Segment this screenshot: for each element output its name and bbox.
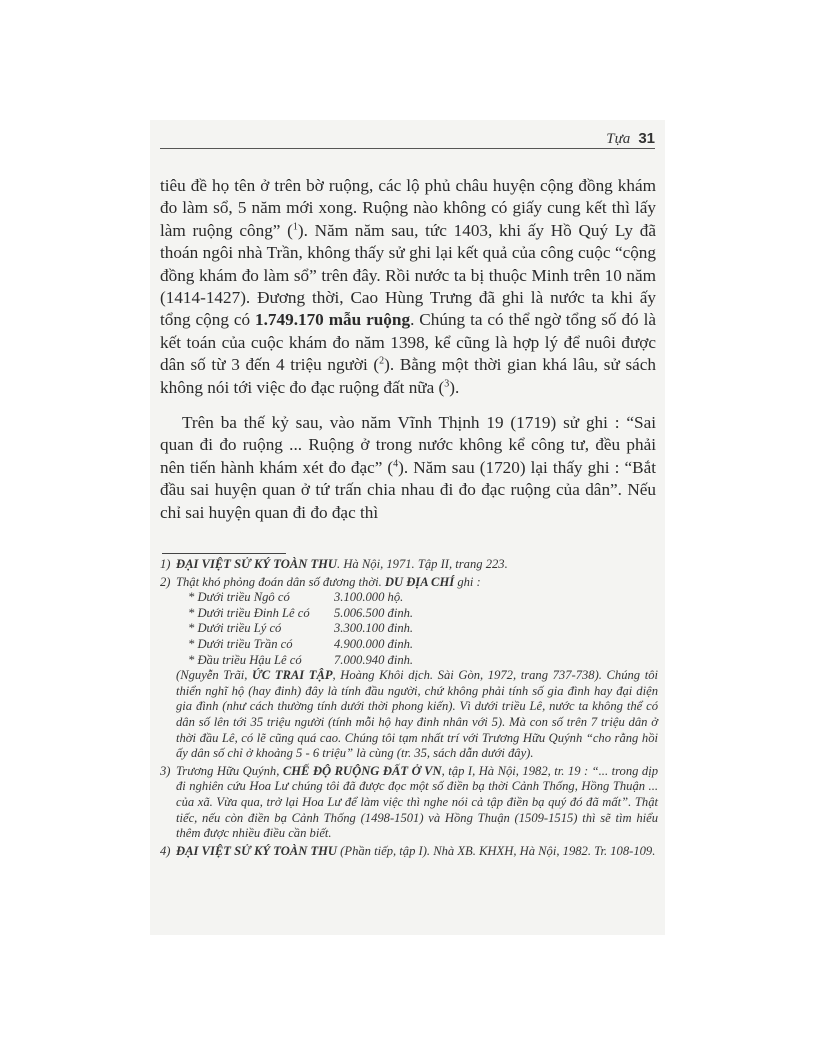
text-run: ). [449, 378, 459, 397]
footnote-2-source: (Nguyễn Trãi, ỨC TRAI TẬP, Hoàng Khôi dị… [176, 668, 658, 762]
list-item: * Dưới triều Trần có4.900.000 đinh. [188, 637, 658, 653]
population-value: 3.300.100 đinh. [334, 621, 413, 637]
footnote-1: 1)ĐẠI VIỆT SỬ KÝ TOÀN THU. Hà Nội, 1971.… [160, 557, 658, 573]
text-run: Trương Hữu Quýnh, [176, 764, 283, 778]
text-run: ghi : [454, 575, 481, 589]
footnote-number: 1) [160, 557, 171, 573]
bold-figure: 1.749.170 mẫu ruộng [255, 310, 410, 329]
source-title: ĐẠI VIỆT SỬ KÝ TOÀN THU [176, 844, 337, 858]
paragraph-1: tiêu đề họ tên ở trên bờ ruộng, các lộ p… [160, 175, 656, 399]
text-run: . Hà Nội, 1971. Tập II, trang 223. [337, 557, 508, 571]
dynasty-label: * Dưới triều Ngô có [188, 590, 334, 606]
footnotes: 1)ĐẠI VIỆT SỬ KÝ TOÀN THU. Hà Nội, 1971.… [160, 557, 658, 861]
dynasty-label: * Dưới triều Trần có [188, 637, 334, 653]
source-title: DU ĐỊA CHÍ [385, 575, 454, 589]
dynasty-label: * Đầu triều Hậu Lê có [188, 653, 334, 669]
text-run: (Phần tiếp, tập I). Nhà XB. KHXH, Hà Nội… [337, 844, 655, 858]
dynasty-label: * Dưới triều Đinh Lê có [188, 606, 334, 622]
footnote-4: 4)ĐẠI VIỆT SỬ KÝ TOÀN THU (Phần tiếp, tậ… [160, 844, 658, 860]
list-item: * Dưới triều Đinh Lê có5.006.500 đinh. [188, 606, 658, 622]
footnote-number: 4) [160, 844, 171, 860]
footnote-number: 3) [160, 764, 171, 780]
footnote-3: 3)Trương Hữu Quýnh, CHẾ ĐỘ RUỘNG ĐẤT Ở V… [160, 764, 658, 842]
footnote-2: 2)Thật khó phỏng đoán dân số đương thời.… [160, 575, 658, 762]
list-item: * Dưới triều Lý có3.300.100 đinh. [188, 621, 658, 637]
list-item: * Đầu triều Hậu Lê có7.000.940 đinh. [188, 653, 658, 669]
body-text: tiêu đề họ tên ở trên bờ ruộng, các lộ p… [160, 175, 656, 524]
running-header: Tựa31 [160, 128, 655, 149]
population-value: 7.000.940 đinh. [334, 653, 413, 669]
text-run: Thật khó phỏng đoán dân số đương thời. [176, 575, 385, 589]
source-title: ĐẠI VIỆT SỬ KÝ TOÀN THU [176, 557, 337, 571]
population-list: * Dưới triều Ngô có3.100.000 hộ. * Dưới … [188, 590, 658, 668]
source-title: ỨC TRAI TẬP [252, 668, 333, 682]
source-title: CHẾ ĐỘ RUỘNG ĐẤT Ở VN [283, 764, 442, 778]
list-item: * Dưới triều Ngô có3.100.000 hộ. [188, 590, 658, 606]
dynasty-label: * Dưới triều Lý có [188, 621, 334, 637]
population-value: 5.006.500 đinh. [334, 606, 413, 622]
footnote-number: 2) [160, 575, 171, 591]
text-run: (Nguyễn Trãi, [176, 668, 252, 682]
footnote-separator [162, 553, 286, 554]
page-number: 31 [638, 130, 655, 147]
population-value: 3.100.000 hộ. [334, 590, 403, 606]
section-title: Tựa [606, 131, 630, 147]
paragraph-2: Trên ba thế kỷ sau, vào năm Vĩnh Thịnh 1… [160, 412, 656, 524]
population-value: 4.900.000 đinh. [334, 637, 413, 653]
